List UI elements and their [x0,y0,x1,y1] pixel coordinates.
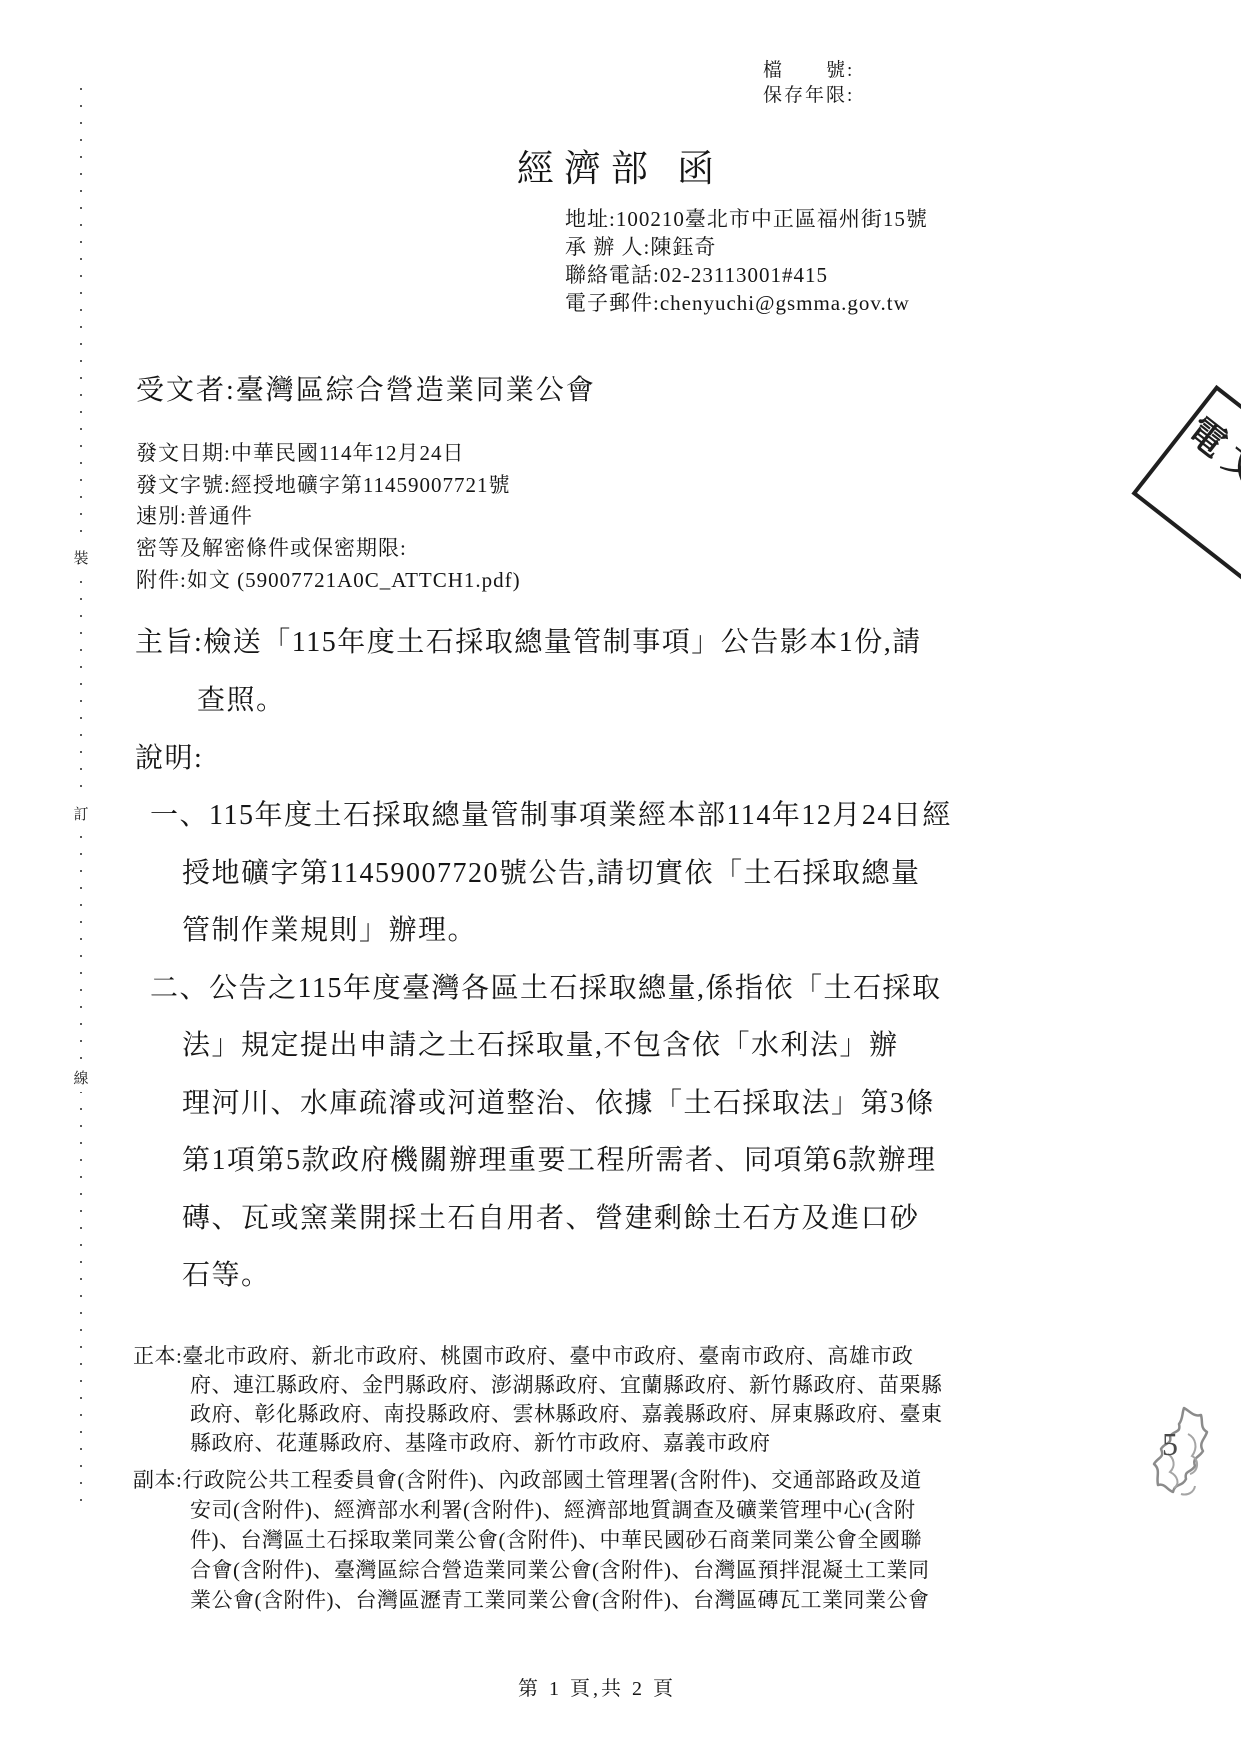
page-seal-number: 5 [1162,1426,1178,1463]
sender-address: 地址:100210臺北市中正區福州街15號 [565,203,928,233]
explanation-item1-line3: 管制作業規則」辦理。 [182,908,477,948]
sender-contact-person: 承 辦 人:陳鈺奇 [565,231,716,261]
official-letter-page: 檔 號: 保存年限: 經濟部 函 地址:100210臺北市中正區福州街15號 承… [0,0,1241,1754]
speed-class: 速別:普通件 [136,500,253,530]
retention-period-label: 保存年限: [763,80,854,107]
flower-seal-icon [1148,1404,1218,1524]
page-number-footer: 第 1 頁,共 2 頁 [0,1672,1194,1701]
explanation-item2-line3: 理河川、水庫疏濬或河道整治、依據「土石採取法」第3條 [182,1081,935,1121]
seam-stamp: 電文騎縫 [1131,385,1241,603]
recipient-line: 受文者:臺灣區綜合營造業同業公會 [136,368,596,408]
binding-label-zhuang: 裝 [71,543,91,572]
explanation-item2-line2: 法」規定提出申請之土石採取量,不包含依「水利法」辦 [182,1023,899,1063]
explanation-item2-line1: 二、公告之115年度臺灣各區土石採取總量,係指依「土石採取 [150,966,941,1006]
explanation-item2-line5: 磚、瓦或窯業開採土石自用者、營建剩餘土石方及進口砂 [182,1196,920,1236]
carbon-copy-line5: 業公會(含附件)、台灣區瀝青工業同業公會(含附件)、台灣區磚瓦工業同業公會 [190,1584,929,1614]
attachment-line: 附件:如文 (59007721A0C_ATTCH1.pdf) [136,564,521,594]
explanation-item1-line2: 授地礦字第11459007720號公告,請切實依「土石採取總量 [182,851,920,891]
issue-date: 發文日期:中華民國114年12月24日 [136,437,465,467]
sender-phone: 聯絡電話:02-23113001#415 [565,259,828,289]
subject-line-1: 主旨:檢送「115年度土石採取總量管制事項」公告影本1份,請 [135,620,922,660]
page-seal: 5 [1148,1404,1218,1524]
seam-stamp-text: 電文騎縫 [1146,404,1241,583]
security-class: 密等及解密條件或保密期限: [136,532,407,562]
carbon-copy-line4: 合會(含附件)、臺灣區綜合營造業同業公會(含附件)、台灣區預拌混凝土工業同 [190,1554,929,1584]
explanation-item1-line1: 一、115年度土石採取總量管制事項業經本部114年12月24日經 [150,793,952,833]
carbon-copy-line2: 安司(含附件)、經濟部水利署(含附件)、經濟部地質調查及礦業管理中心(含附 [190,1494,915,1524]
original-copy-line4: 縣政府、花蓮縣政府、基隆市政府、新竹市政府、嘉義市政府 [190,1427,771,1457]
doc-number: 發文字號:經授地礦字第11459007721號 [136,469,511,499]
original-copy-line3: 政府、彰化縣政府、南投縣政府、雲林縣政府、嘉義縣政府、屏東縣政府、臺東 [190,1398,943,1428]
original-copy-line2: 府、連江縣政府、金門縣政府、澎湖縣政府、宜蘭縣政府、新竹縣政府、苗栗縣 [190,1369,943,1399]
original-copy-line1: 正本:臺北市政府、新北市政府、桃園市政府、臺中市政府、臺南市政府、高雄市政 [133,1340,913,1370]
sender-email: 電子郵件:chenyuchi@gsmma.gov.tw [565,287,910,317]
document-title: 經濟部 函 [0,138,1241,192]
binding-label-ding: 訂 [71,799,91,828]
carbon-copy-line1: 副本:行政院公共工程委員會(含附件)、內政部國土管理署(含附件)、交通部路政及道 [133,1464,922,1494]
explanation-heading: 說明: [135,736,203,776]
explanation-item2-line4: 第1項第5款政府機關辦理重要工程所需者、同項第6款辦理 [182,1138,937,1178]
binding-label-xian: 線 [71,1063,91,1092]
subject-line-2: 查照。 [197,678,286,718]
carbon-copy-line3: 件)、台灣區土石採取業同業公會(含附件)、中華民國砂石商業同業公會全國聯 [190,1524,922,1554]
explanation-item2-line6: 石等。 [182,1253,271,1293]
file-number-label: 檔 號: [763,55,854,82]
